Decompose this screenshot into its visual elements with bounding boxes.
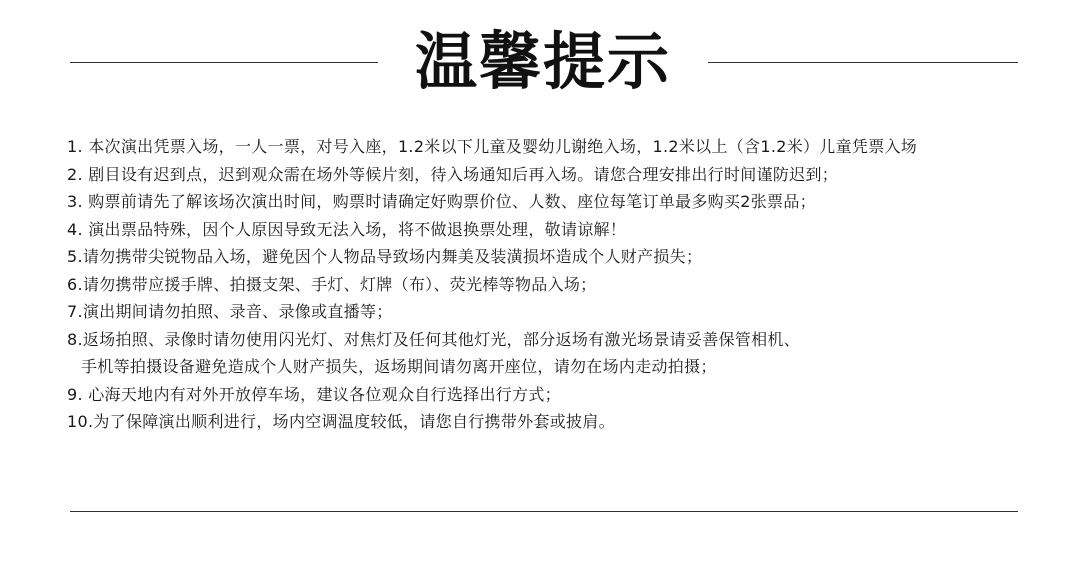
title-row: 温馨提示 [0,22,1080,102]
notice-item-1: 1. 本次演出凭票入场，一人一票，对号入座，1.2米以下儿童及婴幼儿谢绝入场，1… [67,133,1027,161]
notice-item-7: 7.演出期间请勿拍照、录音、录像或直播等； [67,298,1027,326]
notice-item-2: 2. 剧目设有迟到点，迟到观众需在场外等候片刻，待入场通知后再入场。请您合理安排… [67,161,1027,189]
notice-item-8-continuation: 手机等拍摄设备避免造成个人财产损失，返场期间请勿离开座位，请勿在场内走动拍摄； [67,353,1027,381]
title-divider-left [70,62,378,63]
page-title: 温馨提示 [378,22,708,102]
notice-item-6: 6.请勿携带应援手牌、拍摄支架、手灯、灯牌（布）、荧光棒等物品入场； [67,271,1027,299]
notice-item-5: 5.请勿携带尖锐物品入场，避免因个人物品导致场内舞美及装潢损坏造成个人财产损失； [67,243,1027,271]
notice-list: 1. 本次演出凭票入场，一人一票，对号入座，1.2米以下儿童及婴幼儿谢绝入场，1… [67,133,1027,436]
title-divider-right [708,62,1018,63]
notice-item-8: 8.返场拍照、录像时请勿使用闪光灯、对焦灯及任何其他灯光，部分返场有激光场景请妥… [67,326,1027,354]
notice-item-10: 10.为了保障演出顺利进行，场内空调温度较低，请您自行携带外套或披肩。 [67,408,1027,436]
notice-item-3: 3. 购票前请先了解该场次演出时间，购票时请确定好购票价位、人数、座位每笔订单最… [67,188,1027,216]
notice-item-9: 9. 心海天地内有对外开放停车场，建议各位观众自行选择出行方式； [67,381,1027,409]
notice-item-4: 4. 演出票品特殊，因个人原因导致无法入场，将不做退换票处理，敬请谅解！ [67,216,1027,244]
bottom-divider [70,511,1018,512]
